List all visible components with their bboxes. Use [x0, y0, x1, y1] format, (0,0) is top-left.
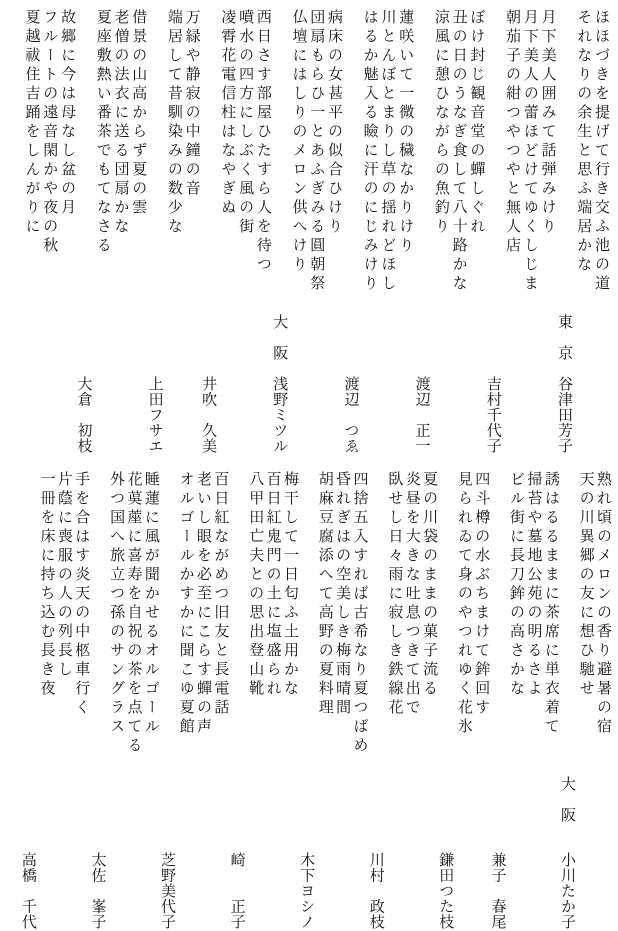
author-column: 大 阪小川たか子 — [559, 471, 576, 931]
page-bottom: 熟れ頃のメロンの香り避暑の宿天の川異郷の友に想ひ馳せ大 阪小川たか子誘はるるまま… — [0, 465, 618, 931]
haiku-poem: 誘はるるままに茶席に単衣着て — [541, 471, 558, 931]
author-column: 木下ヨシノ — [298, 471, 315, 931]
haiku-poem: 夏の川袋のままの菓子流る — [420, 471, 437, 931]
author-name: 浅野ミツル — [272, 376, 287, 454]
haiku-poem: 涼風に憩ひながらの魚釣り — [431, 9, 449, 465]
author-name: 井吹 久美 — [201, 376, 216, 454]
haiku-poem: 丑の日のうなぎ食して八十路かな — [449, 9, 467, 465]
author-name: 木下ヨシノ — [299, 852, 314, 930]
journal-sheet: ほほづきを提げて行き交ふ池の道それなりの余生と思ふ端居かな東 京谷津田芳子月下美… — [0, 0, 618, 931]
author-name: 川村 政枝 — [369, 852, 384, 930]
haiku-poem: 一冊を床に持ち込む長き夜 — [37, 471, 54, 931]
author-column: 渡辺 正一 — [413, 9, 431, 465]
haiku-poem: 四捨五入すれば古希なり夏つばめ — [350, 471, 367, 931]
author-name: 兼子 春尾 — [490, 852, 505, 930]
author-name: 上田フサエ — [148, 376, 163, 454]
haiku-poem: 夏越祓住吉踊をしんがりに — [22, 9, 40, 465]
haiku-poem: ぼけ封じ観音堂の蟬しぐれ — [467, 9, 485, 465]
haiku-poem: フルートの遠音閑かや夜の秋 — [40, 9, 58, 465]
author-column: 兼子 春尾 — [489, 471, 506, 931]
author-name: 吉村千代子 — [486, 376, 501, 454]
author-column: 井吹 久美 — [200, 9, 218, 465]
haiku-poem: 百日紅ながめつ旧友と長電話 — [211, 471, 228, 931]
haiku-poem: ビル街に長刀鉾の高さかな — [507, 471, 524, 931]
haiku-poem: はるか魅入る瞼に汗のにじみけり — [360, 9, 378, 465]
haiku-poem: 掃苔や墓地公苑の明るさよ — [524, 471, 541, 931]
author-column: 高橋 千代 — [20, 471, 37, 931]
author-column: 大倉 初枝 — [75, 9, 93, 465]
haiku-poem: ほほづきを提げて行き交ふ池の道 — [591, 9, 609, 465]
author-name: 小川たか子 — [560, 852, 575, 930]
author-name: 渡辺 正一 — [415, 376, 430, 454]
page-top: ほほづきを提げて行き交ふ池の道それなりの余生と思ふ端居かな東 京谷津田芳子月下美… — [0, 0, 618, 465]
haiku-poem: 臥せし日々雨に寂しき鉄線花 — [385, 471, 402, 931]
haiku-poem: 万緑や静寂の中鐘の音 — [182, 9, 200, 465]
author-column: 渡辺 つゑ — [342, 9, 360, 465]
author-name: 太佐 峯子 — [90, 852, 105, 930]
haiku-poem: 百日紅鬼門の土に塩盛られ — [263, 471, 280, 931]
haiku-poem: 仏壇にはしりのメロン供へけり — [289, 9, 307, 465]
author-column: 鎌田つた枝 — [437, 471, 454, 931]
haiku-poem: 四斗樽の水ぶちまけて鉾回す — [472, 471, 489, 931]
author-column: 大 阪浅野ミツル — [271, 9, 289, 465]
haiku-poem: 噴水の四方にしぶく風の街 — [235, 9, 253, 465]
haiku-poem: 端居して昔馴染みの数少な — [164, 9, 182, 465]
haiku-poem: 片蔭に喪服の人の列長し — [55, 471, 72, 931]
author-name: 崎 正子 — [230, 852, 245, 930]
haiku-poem: 朝茄子の紺つやつやと無人店 — [502, 9, 520, 465]
haiku-poem: 故郷に今は母なし盆の月 — [57, 9, 75, 465]
haiku-poem: 夏座敷熱い番茶でもてなさる — [93, 9, 111, 465]
author-name: 谷津田芳子 — [557, 376, 572, 454]
author-column: 吉村千代子 — [484, 9, 502, 465]
author-column: 川村 政枝 — [368, 471, 385, 931]
author-column: 芝野美代子 — [159, 471, 176, 931]
author-column: 太佐 峯子 — [89, 471, 106, 931]
haiku-poem: 月下美人の蕾ほどけてゆくしじま — [520, 9, 538, 465]
region-label: 大 阪 — [560, 776, 575, 823]
haiku-poem: 蓮咲いて一微の穢なかりけり — [395, 9, 413, 465]
haiku-poem: 胡麻豆腐添へて高野の夏料理 — [315, 471, 332, 931]
haiku-poem: 昏れぎはの空美しき梅雨晴間 — [333, 471, 350, 931]
author-name: 芝野美代子 — [160, 852, 175, 930]
haiku-poem: 病床の女甚平の似合ひけり — [324, 9, 342, 465]
haiku-poem: それなりの余生と思ふ端居かな — [573, 9, 591, 465]
haiku-poem: 西日さす部屋ひたすら人を待つ — [253, 9, 271, 465]
haiku-poem: 梅干して一日匂ふ土用かな — [281, 471, 298, 931]
haiku-poem: 川とんぼとまりし草の揺れどほし — [378, 9, 396, 465]
haiku-poem: 団扇もらひ一とあふぎみる圓朝祭 — [306, 9, 324, 465]
haiku-poem: 老僧の法衣に送る団扇かな — [111, 9, 129, 465]
region-label: 大 阪 — [272, 314, 287, 361]
haiku-poem: 八甲田亡夫との思出登山靴 — [246, 471, 263, 931]
author-name: 大倉 初枝 — [76, 376, 91, 454]
haiku-poem: 熟れ頃のメロンの香り避暑の宿 — [594, 471, 611, 931]
haiku-poem: 見られゐて身のやつれゆく花氷 — [454, 471, 471, 931]
haiku-poem: 老いし眼を必至にこらす蟬の声 — [194, 471, 211, 931]
author-column: 崎 正子 — [228, 471, 245, 931]
haiku-poem: 手を合はす炎天の中柩車行く — [72, 471, 89, 931]
author-name: 鎌田つた枝 — [438, 852, 453, 930]
region-label: 東 京 — [557, 314, 572, 361]
author-column: 東 京谷津田芳子 — [556, 9, 574, 465]
haiku-poem: 外つ国へ旅立つ孫のサングラス — [107, 471, 124, 931]
haiku-poem: 炎昼を大きな吐息つきて出で — [402, 471, 419, 931]
haiku-poem: 花茣蓙に喜寿を自祝の茶を点てる — [124, 471, 141, 931]
haiku-poem: 睡蓮に風が聞かせるオルゴール — [141, 471, 158, 931]
haiku-poem: 借景の山高からず夏の雲 — [128, 9, 146, 465]
author-column: 上田フサエ — [146, 9, 164, 465]
author-name: 渡辺 つゑ — [343, 376, 358, 454]
haiku-poem: 天の川異郷の友に想ひ馳せ — [576, 471, 593, 931]
haiku-poem: 凌霄花電信柱はなやぎぬ — [217, 9, 235, 465]
haiku-poem: 月下美人囲みて話弾みけり — [538, 9, 556, 465]
author-name: 高橋 千代 — [21, 852, 36, 930]
haiku-poem: オルゴールかすかに聞こゆ夏館 — [176, 471, 193, 931]
